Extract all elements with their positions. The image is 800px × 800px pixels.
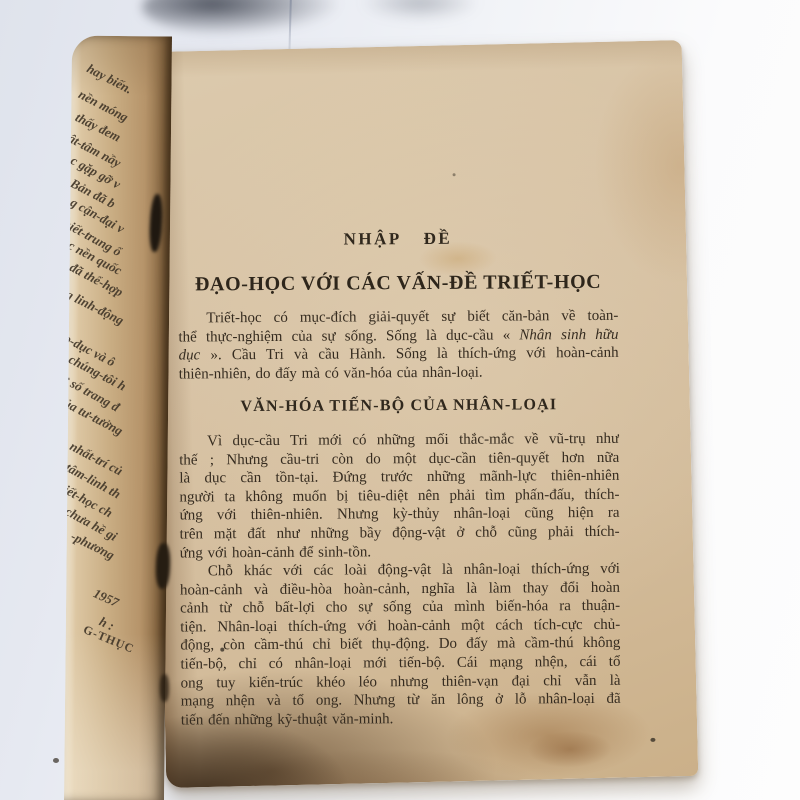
italic-phrase: Nhân sinh hữu xyxy=(519,326,618,343)
text-line: mạng nhện và tổ ong. Nhưng từ ăn lông ở … xyxy=(181,690,621,711)
text-segment: tiến-bộ, chỉ có nhân-loại mới tiến-bộ. C… xyxy=(180,654,620,673)
paragraph: Vì dục-cầu Tri mới có những mối thắc-mắc… xyxy=(179,430,620,563)
left-page-text-fragment: 1957 xyxy=(91,585,121,610)
gutter-shadow-blob xyxy=(160,674,169,702)
text-segment: Chỗ khác với các loài động-vật là nhân-l… xyxy=(208,561,620,580)
text-line: Chỗ khác với các loài động-vật là nhân-l… xyxy=(180,560,620,581)
text-line: Vì dục-cầu Tri mới có những mối thắc-mắc… xyxy=(179,430,619,451)
page-speck xyxy=(650,738,655,742)
backdrop-smudge-soft xyxy=(360,0,480,20)
text-line: cảnh từ chỗ bất-lợi cho sự sống của mình… xyxy=(180,597,620,618)
text-segment: thiên-nhiên, do đấy mà có văn-hóa của nh… xyxy=(179,364,483,382)
text-segment: Triết-học có mục-đích giải-quyết sự biết… xyxy=(206,308,618,327)
text-segment: ứng với thiên-nhiên. Nhưng kỳ-thủy nhân-… xyxy=(180,505,620,524)
paragraph: Triết-học có mục-đích giải-quyết sự biết… xyxy=(178,307,618,384)
text-segment: ứng với hoàn-cảnh để sinh-tồn. xyxy=(180,544,371,561)
text-segment: tiến đến những kỹ-thuật văn-minh. xyxy=(181,711,394,728)
text-segment: thể thực-nghiệm của sự sống. Sống là dục… xyxy=(178,327,519,345)
book-page-right: NHẬP ĐỀ ĐẠO-HỌC VỚI CÁC VẤN-ĐỀ TRIẾT-HỌC… xyxy=(150,40,699,788)
text-segment: cảnh từ chỗ bất-lợi cho sự sống của mình… xyxy=(180,598,620,617)
text-segment: ong tuy kiến-trúc khéo léo nhưng thiên-v… xyxy=(181,672,621,691)
paragraph: Chỗ khác với các loài động-vật là nhân-l… xyxy=(180,560,621,730)
text-segment: tiện. Nhân-loại thích-ứng với hoàn-cảnh … xyxy=(180,617,620,636)
book-page-left-curled: hay biến.nền móngthấy đemật-tâm nầyc gặp… xyxy=(64,35,172,800)
chapter-kicker: NHẬP ĐỀ xyxy=(178,228,618,251)
text-segment: động, còn cầm-thú chỉ biết thụ-động. Do … xyxy=(180,635,620,654)
text-line: thiên-nhiên, do đấy mà có văn-hóa của nh… xyxy=(179,363,619,384)
text-line: là dục cần tồn-tại. Đứng trước những mãn… xyxy=(179,467,619,488)
text-line: dục ». Cầu Tri và cầu Hành. Sống là thíc… xyxy=(179,344,619,365)
text-segment: là dục cần tồn-tại. Đứng trước những mãn… xyxy=(179,468,619,487)
backdrop-speck xyxy=(53,758,59,763)
book-photo: NHẬP ĐỀ ĐẠO-HỌC VỚI CÁC VẤN-ĐỀ TRIẾT-HỌC… xyxy=(0,0,800,800)
italic-phrase: dục xyxy=(179,348,201,364)
page-title: ĐẠO-HỌC VỚI CÁC VẤN-ĐỀ TRIẾT-HỌC xyxy=(178,271,618,297)
text-line: tiến đến những kỹ-thuật văn-minh. xyxy=(181,709,621,730)
text-segment: hoàn-cảnh và điều-hòa hoàn-cảnh, nghĩa l… xyxy=(180,579,620,598)
text-segment: mạng nhện và tổ ong. Nhưng từ ăn lông ở … xyxy=(181,691,621,710)
text-segment: người ta không muốn bị tiêu-diệt nên phả… xyxy=(179,487,619,506)
printed-text-block: NHẬP ĐỀ ĐẠO-HỌC VỚI CÁC VẤN-ĐỀ TRIẾT-HỌC… xyxy=(177,49,621,788)
text-segment: Vì dục-cầu Tri mới có những mối thắc-mắc… xyxy=(207,431,619,450)
text-line: Triết-học có mục-đích giải-quyết sự biết… xyxy=(178,307,618,328)
text-line: trên mặt đất như những bầy động-vật ở ch… xyxy=(180,523,620,544)
section-heading: VĂN-HÓA TIẾN-BỘ CỦA NHÂN-LOẠI xyxy=(179,396,619,417)
text-segment: thế ; Nhưng cầu-tri còn do một dục-cần t… xyxy=(179,449,619,468)
text-segment: ». Cầu Tri và cầu Hành. Sống là thích-ứn… xyxy=(200,345,618,364)
text-segment: trên mặt đất như những bầy động-vật ở ch… xyxy=(180,524,620,543)
text-line: tiến-bộ, chỉ có nhân-loại mới tiến-bộ. C… xyxy=(180,653,620,674)
backdrop-smudge xyxy=(142,0,342,36)
